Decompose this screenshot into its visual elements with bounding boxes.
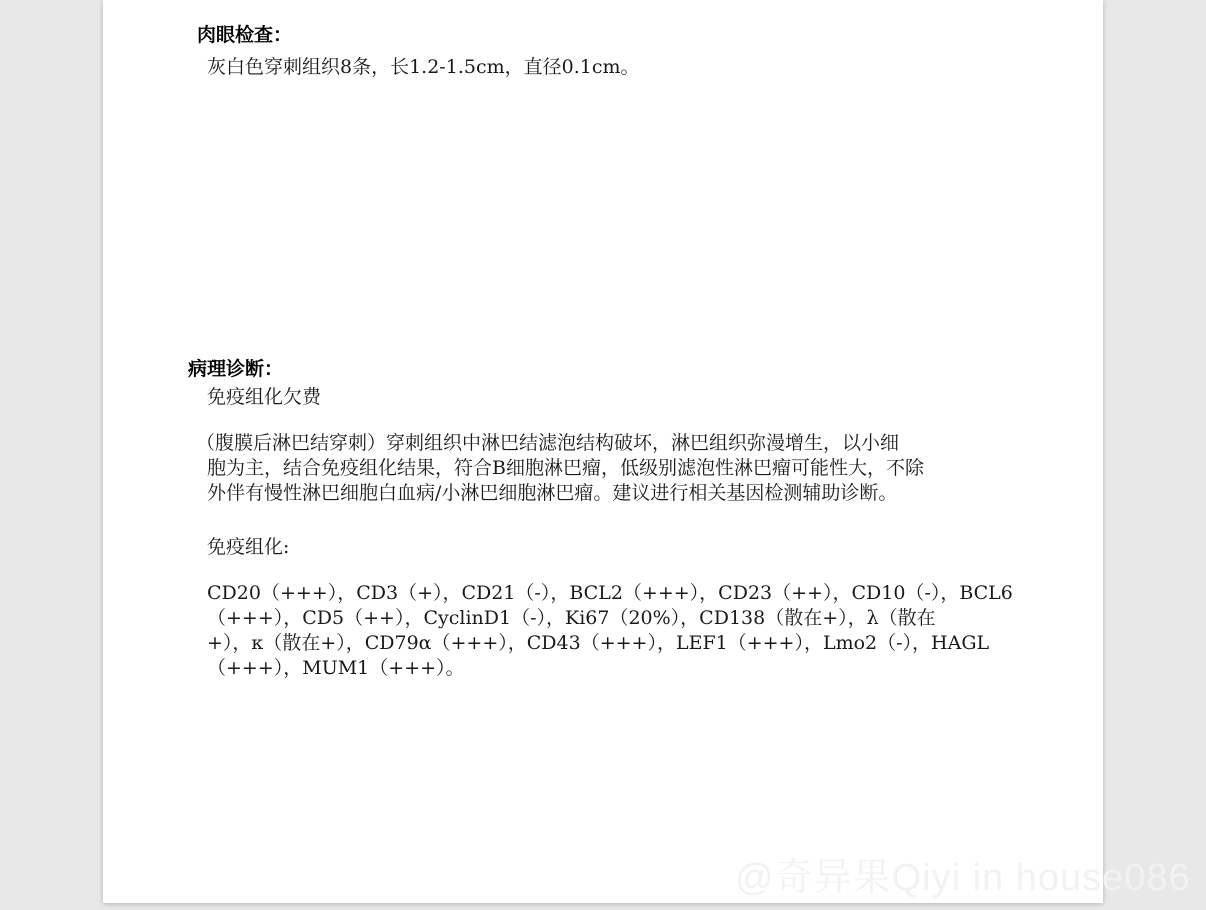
diagnosis-description-line: （腹膜后淋巴结穿刺）穿刺组织中淋巴结滤泡结构破坏，淋巴组织弥漫增生，以小细: [196, 431, 924, 456]
watermark: @奇异果Qiyi in house086: [735, 846, 1191, 901]
diagnosis-description-line: 外伴有慢性淋巴细胞白血病/小淋巴细胞淋巴瘤。建议进行相关基因检测辅助诊断。: [207, 481, 924, 506]
diagnosis-note: 免疫组化欠费: [207, 382, 321, 409]
gross-exam-heading: 肉眼检查：: [197, 20, 292, 47]
diagnosis-description: （腹膜后淋巴结穿刺）穿刺组织中淋巴结滤泡结构破坏，淋巴组织弥漫增生，以小细 胞为…: [207, 431, 924, 506]
diagnosis-description-line: 胞为主，结合免疫组化结果，符合B细胞淋巴瘤，低级别滤泡性淋巴瘤可能性大，不除: [207, 456, 924, 481]
viewer-background: { "report": { "gross_exam": { "heading":…: [0, 0, 1206, 910]
ihc-results-line: CD20（+++），CD3（+），CD21（-），BCL2（+++），CD23（…: [207, 581, 1013, 606]
report-page: 肉眼检查： 灰白色穿刺组织8条，长1.2-1.5cm，直径0.1cm。 病理诊断…: [103, 0, 1103, 903]
ihc-label: 免疫组化:: [207, 532, 289, 559]
diagnosis-heading: 病理诊断：: [188, 354, 283, 381]
ihc-results-line: +），κ（散在+），CD79α（+++），CD43（+++），LEF1（+++）…: [207, 631, 1013, 656]
ihc-results-line: （+++），CD5（++），CyclinD1（-），Ki67（20%），CD13…: [207, 606, 1013, 631]
gross-exam-body: 灰白色穿刺组织8条，长1.2-1.5cm，直径0.1cm。: [207, 52, 639, 79]
ihc-results-line: （+++），MUM1（+++）。: [207, 656, 1013, 681]
ihc-results: CD20（+++），CD3（+），CD21（-），BCL2（+++），CD23（…: [207, 581, 1013, 681]
